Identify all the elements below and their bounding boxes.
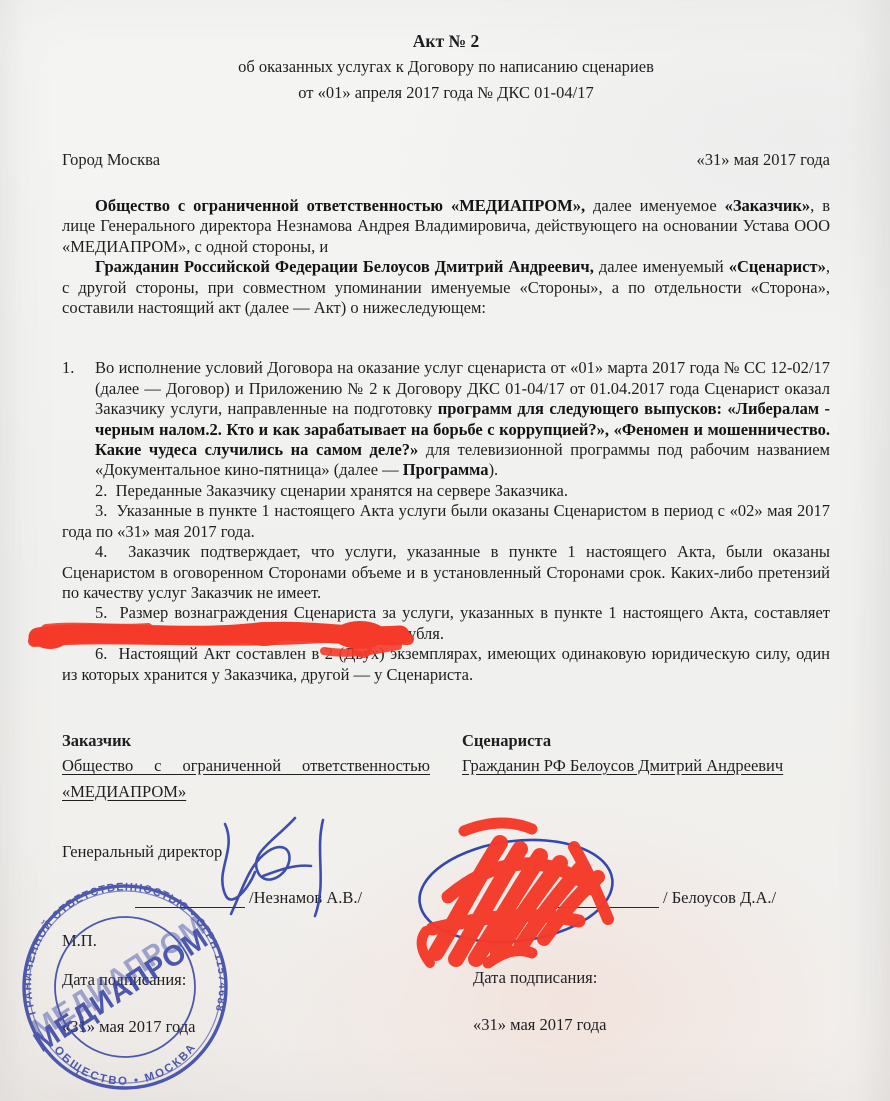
right-party-role: Сценариста	[462, 731, 551, 751]
contractor-name: Гражданин Российской Федерации Белоусов …	[95, 257, 594, 276]
city-date-row: Город Москва «31» мая 2017 года	[62, 150, 830, 170]
clause-1-number: 1.	[62, 358, 95, 480]
preamble-contractor: Гражданин Российской Федерации Белоусов …	[62, 257, 830, 318]
document-body: Акт № 2 об оказанных услугах к Договору …	[0, 0, 890, 685]
stamp-center-text: МЕДИАПРОМ	[28, 922, 214, 1058]
contractor-term: «Сценарист»	[729, 257, 826, 276]
left-party-org-line1: Общество с ограниченной ответственностью	[62, 756, 430, 776]
preamble: Общество с ограниченной ответственностью…	[62, 196, 830, 318]
red-marker-redaction	[28, 611, 442, 661]
left-party-role: Заказчик	[62, 731, 131, 751]
document-subtitle-line2: от «01» апреля 2017 года № ДКС 01-04/17	[62, 80, 830, 106]
document-date: «31» мая 2017 года	[697, 150, 830, 170]
right-party-person: Гражданин РФ Белоусов Дмитрий Андреевич	[462, 756, 783, 776]
document-subtitle-line1: об оказанных услугах к Договору по напис…	[62, 54, 830, 80]
customer-org-name: Общество с ограниченной ответственностью…	[95, 196, 585, 215]
clause-2: 2. Переданные Заказчику сценарии хранятс…	[62, 481, 830, 501]
preamble-customer: Общество с ограниченной ответственностью…	[62, 196, 830, 257]
clause-5: 5. Размер вознаграждения Сценариста за у…	[62, 603, 830, 644]
right-signing-date: «31» мая 2017 года	[473, 1015, 606, 1035]
clause-4: 4. Заказчик подтверждает, что услуги, ук…	[62, 542, 830, 603]
redacted-amount	[62, 629, 400, 639]
signature-section: Заказчик Сценариста Общество с ограничен…	[0, 725, 890, 1101]
clauses-list: 1. Во исполнение условий Договора на ока…	[62, 358, 830, 685]
city-label: Город Москва	[62, 150, 160, 170]
company-round-stamp: ОГРАНИЧЕННОЙ ОТВЕТСТВЕННОСТЬЮ • ОГРН 115…	[14, 875, 236, 1101]
right-signer-name: / Белоусов Д.А./	[663, 888, 776, 908]
document-title: Акт № 2	[62, 28, 830, 54]
clause-1: 1. Во исполнение условий Договора на ока…	[62, 358, 830, 480]
clause-3: 3. Указанные в пункте 1 настоящего Акта …	[62, 501, 830, 542]
document-page: Акт № 2 об оказанных услугах к Договору …	[0, 0, 890, 1101]
right-signature-red-scribble	[402, 801, 644, 979]
customer-term: «Заказчик»	[725, 196, 811, 215]
